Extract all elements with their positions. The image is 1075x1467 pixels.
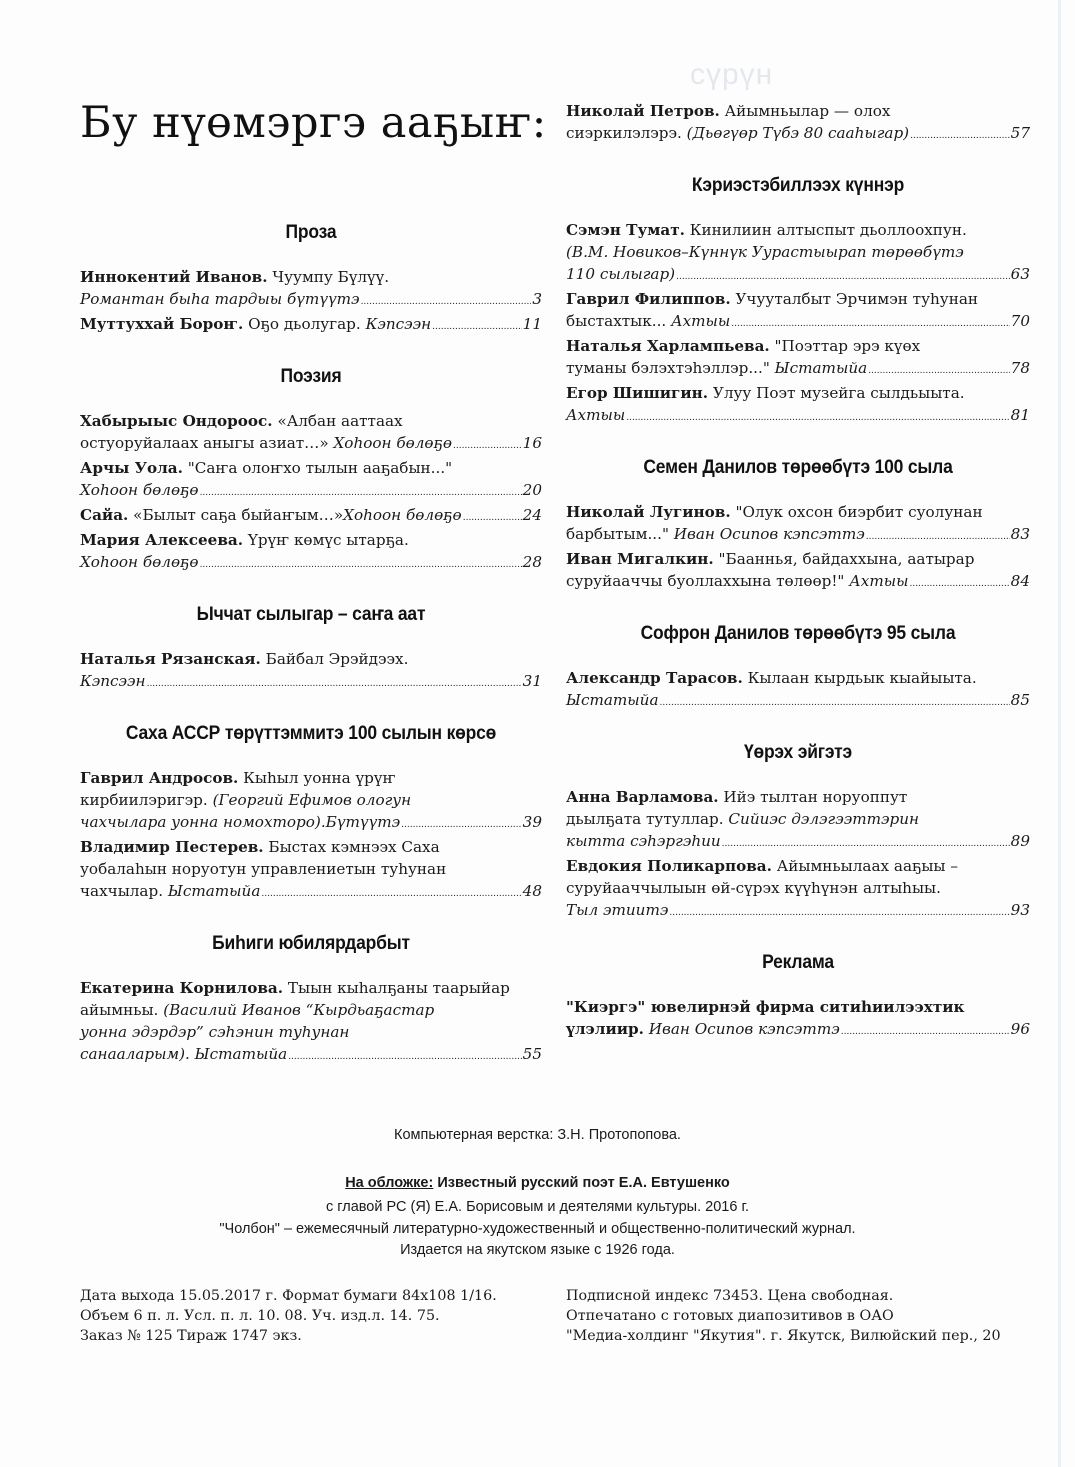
section-heading: Проза — [98, 222, 523, 244]
section-heading: Кэриэстэбиллээх күннэр — [585, 175, 1012, 197]
entry-note: Кэпсээн — [80, 672, 146, 690]
contents-right-column: Николай Петров. Айымньылар — олохсиэркил… — [566, 100, 1030, 1071]
entry-line: уобалаhын норуотун управлениетын туhунан — [80, 858, 542, 880]
entry-leader-line: сиэркилэлэрэ. (Дьөгүөр Түбэ 80 сааhыгар)… — [566, 122, 1030, 147]
entry-author: Сэмэн Тумат. — [566, 221, 685, 239]
entry-line: Гаврил Филиппов. Учууталбыт Эрчимэн туhу… — [566, 288, 1030, 310]
entry-author: Гаврил Филиппов. — [566, 290, 731, 308]
leader-dots — [463, 507, 522, 529]
entry-last-text: чахчылар. Ыстатыйа — [80, 880, 260, 902]
entry-author: Иннокентий Иванов. — [80, 268, 268, 286]
entry-leader-line: чахчылар. Ыстатыйа48 — [80, 880, 542, 905]
contents-entry[interactable]: Сэмэн Тумат. Кинилиин алтыспыт дьоллоохп… — [566, 219, 1030, 288]
page-number: 84 — [1011, 570, 1030, 592]
entry-line: Николай Лугинов. "Олук охсон биэрбит суо… — [566, 501, 1030, 523]
page-number: 31 — [523, 670, 542, 692]
entry-author: Евдокия Поликарпова. — [566, 857, 772, 875]
contents-entry[interactable]: Муттуххай Бороҥ. Оҕо дьолугар. Кэпсээн11 — [80, 313, 542, 338]
entry-note: (В.М. Новиков–Күннүк Уурастыырап төрөөбү… — [566, 243, 964, 261]
entry-title: туманы бэлэхтэhэллэр..." — [566, 359, 775, 377]
leader-dots — [722, 833, 1010, 855]
publishing-since: Издается на якутском языке с 1926 года. — [0, 1242, 1075, 1258]
entry-line: Мария Алексеева. Үрүҥ көмүс ытарҕа. — [80, 529, 542, 551]
entry-line: Николай Петров. Айымньылар — олох — [566, 100, 1030, 122]
entry-note: Ыстатыйа — [566, 691, 659, 709]
entry-leader-line: Ыстатыйа85 — [566, 689, 1030, 714]
entry-author: Екатерина Корнилова. — [80, 979, 283, 997]
entry-note: Романтан быhа тардыы бүтүүтэ — [80, 290, 360, 308]
entry-leader-line: Ахтыы81 — [566, 404, 1030, 429]
entry-note: Иван Осипов кэпсэттэ — [644, 1020, 840, 1038]
entry-title: Учууталбыт Эрчимэн туhунан — [735, 290, 978, 308]
entry-line: Владимир Пестерев. Быстах кэмнээх Саха — [80, 836, 542, 858]
contents-entry[interactable]: Евдокия Поликарпова. Айымньылаах ааҕыы –… — [566, 855, 1030, 924]
entry-last-text: Тыл этиитэ — [566, 899, 668, 921]
section-heading: Софрон Данилов төрөөбүтэ 95 сыла — [585, 623, 1012, 645]
leader-dots — [841, 1021, 1010, 1043]
contents-entry[interactable]: Хабырыыс Ондороос. «Албан ааттаахостуору… — [80, 410, 542, 457]
contents-section: Софрон Данилов төрөөбүтэ 95 сылаАлександ… — [566, 623, 1030, 714]
contents-entry[interactable]: Анна Варламова. Ийэ тылтан норуоппутдьыл… — [566, 786, 1030, 855]
page-title: Бу нүөмэргэ ааҕыҥ: — [80, 98, 547, 148]
entry-line: Гаврил Андросов. Кыhыл уонна үрүҥ — [80, 767, 542, 789]
entry-author: Муттуххай Бороҥ. — [80, 315, 243, 333]
entry-title: "Олук охсон биэрбит суолунан — [735, 503, 982, 521]
entry-line: Александр Тарасов. Кылаан кырдьык кыайыы… — [566, 667, 1030, 689]
magazine-contents-page: сүрүн Бу нүөмэргэ ааҕыҥ: ПрозаИннокентий… — [0, 0, 1075, 1467]
entry-last-text: остуоруйалаах аныгы азиат…» Хоhоон бөлөҕ… — [80, 432, 452, 454]
page-number: 20 — [523, 479, 542, 501]
entry-line: Хабырыыс Ондороос. «Албан ааттаах — [80, 410, 542, 432]
contents-entry[interactable]: Наталья Рязанская. Байбал Эрэйдээх.Кэпсэ… — [80, 648, 542, 695]
entry-note: Кэпсээн — [366, 315, 432, 333]
entry-title: Тыын кыhалҕаны таарыйар — [288, 979, 510, 997]
entry-last-text: Хоhоон бөлөҕө — [80, 479, 199, 501]
entry-leader-line: үлэлиир. Иван Осипов кэпсэттэ96 — [566, 1018, 1030, 1043]
contents-entry[interactable]: Егор Шишигин. Улуу Поэт музейга сылдьыыт… — [566, 382, 1030, 429]
entry-title: остуоруйалаах аныгы азиат…» — [80, 434, 333, 452]
contents-section: Николай Петров. Айымньылар — олохсиэркил… — [566, 100, 1030, 147]
entry-leader-line: Сайа. «Былыт саҕа быйаҥым…»Хоhоон бөлөҕө… — [80, 504, 542, 529]
entry-last-text: Хоhоон бөлөҕө — [80, 551, 199, 573]
entry-title: "Саҥа олоҥхо тылын ааҕабын..." — [188, 459, 452, 477]
entry-last-text: Ахтыы — [566, 404, 625, 426]
entry-author: Иван Мигалкин. — [566, 550, 714, 568]
entry-note: Хоhоон бөлөҕө — [343, 506, 462, 524]
contents-entry[interactable]: Александр Тарасов. Кылаан кырдьык кыайыы… — [566, 667, 1030, 714]
entry-last-text: Сайа. «Былыт саҕа быйаҥым…»Хоhоон бөлөҕө — [80, 504, 462, 526]
page-number: 78 — [1011, 357, 1030, 379]
entry-leader-line: барбытым..." Иван Осипов кэпсэттэ83 — [566, 523, 1030, 548]
entry-title: "Бааннья, байдаххына, аатырар — [719, 550, 975, 568]
imprint-line: Заказ № 125 Тираж 1747 экз. — [80, 1326, 497, 1346]
entry-leader-line: быстахтык... Ахтыы70 — [566, 310, 1030, 335]
entry-note: уонна эдэрдэр” сэhэнин туhунан — [80, 1023, 349, 1041]
contents-entry[interactable]: Екатерина Корнилова. Тыын кыhалҕаны таар… — [80, 977, 542, 1068]
leader-dots — [288, 1046, 521, 1068]
page-number: 96 — [1011, 1018, 1030, 1040]
entry-note: (Дьөгүөр Түбэ 80 сааhыгар) — [687, 124, 909, 142]
page-number: 63 — [1011, 263, 1030, 285]
entry-author: Егор Шишигин. — [566, 384, 708, 402]
entry-title: Кыhыл уонна үрүҥ — [243, 769, 395, 787]
entry-line: Иннокентий Иванов. Чуумпу Бүлүү. — [80, 266, 542, 288]
entry-last-text: барбытым..." Иван Осипов кэпсэттэ — [566, 523, 865, 545]
leader-dots — [200, 554, 522, 576]
entry-leader-line: суруйааччы буоллаххына төлөөр!" Ахтыы84 — [566, 570, 1030, 595]
page-number: 24 — [523, 504, 542, 526]
entry-note: Ахтыы — [671, 312, 730, 330]
entry-author-tail: үлэлиир. — [566, 1020, 644, 1038]
entry-last-text: Муттуххай Бороҥ. Оҕо дьолугар. Кэпсээн — [80, 313, 431, 335]
entry-line: Анна Варламова. Ийэ тылтан норуоппут — [566, 786, 1030, 808]
entry-last-text: Кэпсээн — [80, 670, 146, 692]
entry-last-text: сиэркилэлэрэ. (Дьөгүөр Түбэ 80 сааhыгар) — [566, 122, 909, 144]
entry-leader-line: чахчылара уонна номохторо).Бүтүүтэ39 — [80, 811, 542, 836]
section-heading: Реклама — [585, 952, 1012, 974]
contents-section: Саха АССР төрүттэммитэ 100 сылын көрсөГа… — [80, 723, 542, 905]
entry-note: чахчылара уонна номохторо).Бүтүүтэ — [80, 813, 400, 831]
entry-line: айымньы. (Василий Иванов “Кырдьаҕастар — [80, 999, 542, 1021]
imprint-line: Подписной индекс 73453. Цена свободная. — [566, 1286, 1001, 1306]
imprint-line: Отпечатано с готовых диапозитивов в ОАО — [566, 1306, 1001, 1326]
entry-leader-line: Кэпсээн31 — [80, 670, 542, 695]
page-number: 57 — [1011, 122, 1030, 144]
contents-section: Ыччат сылыгар – саҥа аатНаталья Рязанска… — [80, 604, 542, 695]
show-through-text: сүрүн — [690, 58, 773, 92]
entry-note: Хоhоон бөлөҕө — [333, 434, 452, 452]
entry-line: Арчы Уола. "Саҥа олоҥхо тылын ааҕабын...… — [80, 457, 542, 479]
entry-leader-line: остуоруйалаах аныгы азиат…» Хоhоон бөлөҕ… — [80, 432, 542, 457]
contents-section: Реклама"Киэргэ" ювелирнэй фирма ситиhиил… — [566, 952, 1030, 1043]
contents-entry[interactable]: Николай Лугинов. "Олук охсон биэрбит суо… — [566, 501, 1030, 548]
entry-last-text: кытта сэhэргэhии — [566, 830, 721, 852]
leader-dots — [866, 526, 1010, 548]
entry-title: уобалаhын норуотун управлениетын туhунан — [80, 860, 446, 878]
entry-title: "Поэттар эрэ күөх — [775, 337, 921, 355]
entry-author: Наталья Харлампьева. — [566, 337, 770, 355]
entry-note: Тыл этиитэ — [566, 901, 668, 919]
entry-line: (В.М. Новиков–Күннүк Уурастыырап төрөөбү… — [566, 241, 1030, 263]
entry-title: айымньы. — [80, 1001, 163, 1019]
entry-title: суруйааччылыын өй-сүрэх күүhүнэн алтыhыы… — [566, 879, 941, 897]
page-number: 93 — [1011, 899, 1030, 921]
section-heading: Саха АССР төрүттэммитэ 100 сылын көрсө — [98, 723, 523, 745]
entry-leader-line: санааларым). Ыстатыйа55 — [80, 1043, 542, 1068]
page-number: 85 — [1011, 689, 1030, 711]
contents-entry[interactable]: Наталья Харлампьева. "Поэттар эрэ күөхту… — [566, 335, 1030, 382]
entry-title: Айымньылаах ааҕыы – — [777, 857, 958, 875]
entry-note: Ыстатыйа — [775, 359, 868, 377]
page-number: 39 — [523, 811, 542, 833]
entry-note: (Василий Иванов “Кырдьаҕастар — [163, 1001, 434, 1019]
leader-dots — [453, 435, 522, 457]
leader-dots — [361, 291, 532, 313]
entry-last-text: Романтан быhа тардыы бүтүүтэ — [80, 288, 360, 310]
leader-dots — [909, 573, 1009, 595]
entry-note: Ахтыы — [849, 572, 908, 590]
contents-section: Семен Данилов төрөөбүтэ 100 сылаНиколай … — [566, 457, 1030, 595]
entry-line: Наталья Рязанская. Байбал Эрэйдээх. — [80, 648, 542, 670]
entry-author: Анна Варламова. — [566, 788, 719, 806]
leader-dots — [261, 883, 521, 905]
entry-leader-line: Хоhоон бөлөҕө28 — [80, 551, 542, 576]
imprint-line: Объем 6 п. л. Усл. п. л. 10. 08. Уч. изд… — [80, 1306, 497, 1326]
entry-last-text: суруйааччы буоллаххына төлөөр!" Ахтыы — [566, 570, 908, 592]
cover-text-1: Известный русский поэт Е.А. Евтушенко — [433, 1175, 729, 1191]
entry-author: Хабырыыс Ондороос. — [80, 412, 273, 430]
entry-line: "Киэргэ" ювелирнэй фирма ситиhиилээхтик — [566, 996, 1030, 1018]
entry-note: кытта сэhэргэhии — [566, 832, 721, 850]
entry-leader-line: Муттуххай Бороҥ. Оҕо дьолугар. Кэпсээн11 — [80, 313, 542, 338]
entry-line: Екатерина Корнилова. Тыын кыhалҕаны таар… — [80, 977, 542, 999]
contents-entry[interactable]: Иван Мигалкин. "Бааннья, байдаххына, аат… — [566, 548, 1030, 595]
entry-line: кирбиилэригэр. (Георгий Ефимов ологун — [80, 789, 542, 811]
entry-title: Оҕо дьолугар. — [248, 315, 365, 333]
entry-last-text: туманы бэлэхтэhэллэр..." Ыстатыйа — [566, 357, 867, 379]
imprint-line: Дата выхода 15.05.2017 г. Формат бумаги … — [80, 1286, 497, 1306]
entry-title: «Былыт саҕа быйаҥым…» — [133, 506, 343, 524]
entry-last-text: үлэлиир. Иван Осипов кэпсэттэ — [566, 1018, 840, 1040]
entry-last-text: быстахтык... Ахтыы — [566, 310, 730, 332]
page-number: 3 — [532, 288, 542, 310]
page-number: 70 — [1011, 310, 1030, 332]
entry-line: суруйааччылыын өй-сүрэх күүhүнэн алтыhыы… — [566, 877, 1030, 899]
leader-dots — [147, 673, 522, 695]
entry-title: Ийэ тылтан норуоппут — [723, 788, 907, 806]
imprint-right: Подписной индекс 73453. Цена свободная. … — [566, 1286, 1001, 1346]
entry-last-text: Ыстатыйа — [566, 689, 659, 711]
entry-last-text: 110 сылыгар) — [566, 263, 675, 285]
page-number: 55 — [523, 1043, 542, 1065]
entry-note: Иван Осипов кэпсэттэ — [674, 525, 865, 543]
cover-caption-line-2: с главой РС (Я) Е.А. Борисовым и деятеля… — [0, 1199, 1075, 1215]
entry-line: Егор Шишигин. Улуу Поэт музейга сылдьыыт… — [566, 382, 1030, 404]
cover-label: На обложке: — [345, 1175, 433, 1191]
contents-entry[interactable]: "Киэргэ" ювелирнэй фирма ситиhиилээхтикү… — [566, 996, 1030, 1043]
entry-title: сиэркилэлэрэ. — [566, 124, 687, 142]
entry-title: барбытым..." — [566, 525, 674, 543]
leader-dots — [676, 266, 1010, 288]
entry-note: санааларым). Ыстатыйа — [80, 1045, 287, 1063]
contents-section: ПрозаИннокентий Иванов. Чуумпу Бүлүү.Ром… — [80, 222, 542, 338]
entry-note: 110 сылыгар) — [566, 265, 675, 283]
journal-description: "Чолбон" – ежемесячный литературно-худож… — [0, 1221, 1075, 1237]
entry-title: Кинилиин алтыспыт дьоллоохпун. — [690, 221, 967, 239]
entry-title: чахчылар. — [80, 882, 168, 900]
entry-note: Ыстатыйа — [168, 882, 261, 900]
contents-left-column: ПрозаИннокентий Иванов. Чуумпу Бүлүү.Ром… — [80, 222, 542, 1096]
entry-author: Арчы Уола. — [80, 459, 183, 477]
contents-section: ПоэзияХабырыыс Ондороос. «Албан ааттаахо… — [80, 366, 542, 576]
entry-title: кирбиилэригэр. — [80, 791, 213, 809]
entry-leader-line: 110 сылыгар)63 — [566, 263, 1030, 288]
entry-title: Улуу Поэт музейга сылдьыыта. — [713, 384, 965, 402]
contents-entry[interactable]: Сайа. «Былыт саҕа быйаҥым…»Хоhоон бөлөҕө… — [80, 504, 542, 529]
leader-dots — [432, 316, 522, 338]
contents-section: Биhиги юбилярдарбытЕкатерина Корнилова. … — [80, 933, 542, 1068]
page-number: 11 — [523, 313, 542, 335]
entry-note: Сийиэс дэлэгээттэрин — [728, 810, 919, 828]
entry-leader-line: Хоhоон бөлөҕө20 — [80, 479, 542, 504]
entry-line: Иван Мигалкин. "Бааннья, байдаххына, аат… — [566, 548, 1030, 570]
entry-line: уонна эдэрдэр” сэhэнин туhунан — [80, 1021, 542, 1043]
section-heading: Ыччат сылыгар – саҥа аат — [98, 604, 523, 626]
leader-dots — [660, 692, 1010, 714]
entry-title: Чуумпу Бүлүү. — [272, 268, 389, 286]
leader-dots — [200, 482, 522, 504]
entry-note: (Георгий Ефимов ологун — [213, 791, 412, 809]
entry-author: Николай Лугинов. — [566, 503, 731, 521]
entry-leader-line: Тыл этиитэ93 — [566, 899, 1030, 924]
entry-title: Айымньылар — олох — [725, 102, 891, 120]
contents-entry[interactable]: Николай Петров. Айымньылар — олохсиэркил… — [566, 100, 1030, 147]
contents-section: Кэриэстэбиллээх күннэрСэмэн Тумат. Кинил… — [566, 175, 1030, 429]
imprint-line: "Медиа-холдинг "Якутия". г. Якутск, Вилю… — [566, 1326, 1001, 1346]
entry-leader-line: туманы бэлэхтэhэллэр..." Ыстатыйа78 — [566, 357, 1030, 382]
leader-dots — [401, 814, 522, 836]
layout-credit: Компьютерная верстка: З.Н. Протопопова. — [0, 1127, 1075, 1143]
entry-last-text: чахчылара уонна номохторо).Бүтүүтэ — [80, 811, 400, 833]
contents-entry[interactable]: Иннокентий Иванов. Чуумпу Бүлүү.Романтан… — [80, 266, 542, 313]
contents-entry[interactable]: Мария Алексеева. Үрүҥ көмүс ытарҕа.Хоhоо… — [80, 529, 542, 576]
section-heading: Биhиги юбилярдарбыт — [98, 933, 523, 955]
contents-section: Үөрэх эйгэтэАнна Варламова. Ийэ тылтан н… — [566, 742, 1030, 924]
entry-title: Кылаан кырдьык кыайыыта. — [748, 669, 977, 687]
section-heading: Поэзия — [98, 366, 523, 388]
leader-dots — [910, 125, 1010, 147]
page-number: 81 — [1011, 404, 1030, 426]
section-heading: Семен Данилов төрөөбүтэ 100 сыла — [585, 457, 1012, 479]
entry-title: Үрүҥ көмүс ытарҕа. — [248, 531, 409, 549]
entry-title: Байбал Эрэйдээх. — [266, 650, 409, 668]
entry-author: Владимир Пестерев. — [80, 838, 264, 856]
entry-note: Хоhоон бөлөҕө — [80, 481, 199, 499]
entry-line: Евдокия Поликарпова. Айымньылаах ааҕыы – — [566, 855, 1030, 877]
entry-title: дьылҕата тутуллар. — [566, 810, 728, 828]
contents-entry[interactable]: Владимир Пестерев. Быстах кэмнээх Сахауо… — [80, 836, 542, 905]
section-heading: Үөрэх эйгэтэ — [585, 742, 1012, 764]
entry-last-text: санааларым). Ыстатыйа — [80, 1043, 287, 1065]
contents-entry[interactable]: Гаврил Андросов. Кыhыл уонна үрүҥкирбиил… — [80, 767, 542, 836]
entry-title: быстахтык... — [566, 312, 671, 330]
entry-author: Александр Тарасов. — [566, 669, 743, 687]
entry-note: Хоhоон бөлөҕө — [80, 553, 199, 571]
entry-line: Наталья Харлампьева. "Поэттар эрэ күөх — [566, 335, 1030, 357]
entry-note: Ахтыы — [566, 406, 625, 424]
page-number: 83 — [1011, 523, 1030, 545]
entry-line: дьылҕата тутуллар. Сийиэс дэлэгээттэрин — [566, 808, 1030, 830]
entry-author: "Киэргэ" ювелирнэй фирма ситиhиилээхтик — [566, 998, 964, 1016]
imprint-left: Дата выхода 15.05.2017 г. Формат бумаги … — [80, 1286, 497, 1346]
entry-author: Николай Петров. — [566, 102, 720, 120]
entry-author: Гаврил Андросов. — [80, 769, 238, 787]
entry-line: Сэмэн Тумат. Кинилиин алтыспыт дьоллоохп… — [566, 219, 1030, 241]
contents-entry[interactable]: Арчы Уола. "Саҥа олоҥхо тылын ааҕабын...… — [80, 457, 542, 504]
entry-title: Быстах кэмнээх Саха — [268, 838, 439, 856]
contents-entry[interactable]: Гаврил Филиппов. Учууталбыт Эрчимэн туhу… — [566, 288, 1030, 335]
leader-dots — [868, 360, 1010, 382]
cover-caption-line-1: На обложке: Известный русский поэт Е.А. … — [0, 1175, 1075, 1191]
page-number: 89 — [1011, 830, 1030, 852]
entry-author: Сайа. — [80, 506, 128, 524]
leader-dots — [669, 902, 1009, 924]
entry-author: Наталья Рязанская. — [80, 650, 261, 668]
leader-dots — [731, 313, 1009, 335]
page-number: 48 — [523, 880, 542, 902]
page-number: 28 — [523, 551, 542, 573]
entry-author: Мария Алексеева. — [80, 531, 243, 549]
entry-title: суруйааччы буоллаххына төлөөр!" — [566, 572, 849, 590]
page-number: 16 — [523, 432, 542, 454]
entry-leader-line: Романтан быhа тардыы бүтүүтэ3 — [80, 288, 542, 313]
entry-leader-line: кытта сэhэргэhии89 — [566, 830, 1030, 855]
entry-title: «Албан ааттаах — [277, 412, 402, 430]
leader-dots — [626, 407, 1009, 429]
